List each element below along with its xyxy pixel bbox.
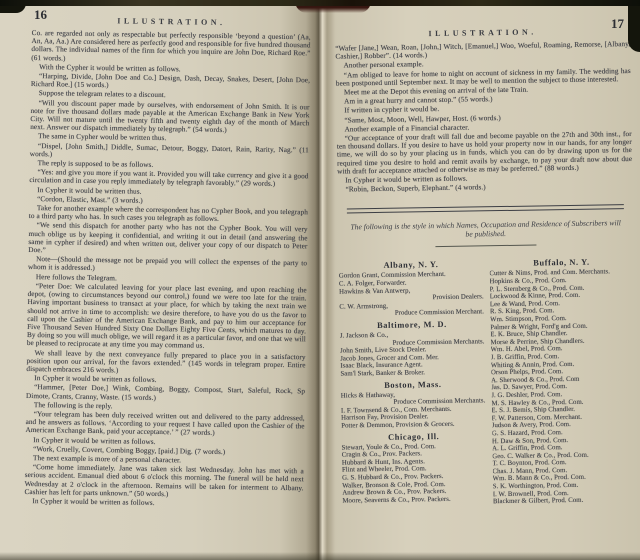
city-heading: Boston, Mass.: [341, 379, 486, 390]
running-head-right: ILLUSTRATION.: [335, 26, 630, 40]
left-page: 16 ILLUSTRATION. Co. are regarded not on…: [0, 0, 318, 560]
city-heading: Chicago, Ill.: [341, 431, 486, 442]
directory-left-column: Albany, N. Y.Gordon Grant, Commission Me…: [339, 257, 487, 509]
city-heading: Buffalo, N. Y.: [489, 257, 634, 268]
paragraph: “Will you discount paper made by ourselv…: [30, 99, 309, 136]
double-rule-divider: [347, 205, 624, 214]
paragraph: “Your telegram has been duly received wr…: [25, 410, 304, 439]
background-corner-top-right: [628, 0, 640, 52]
bottom-edge-shadow: [0, 552, 640, 560]
city-heading: Baltimore, M. D.: [340, 319, 485, 330]
directory-entry: Potter & Demmon, Provision & Grocers.: [341, 420, 486, 430]
book-photo: 16 ILLUSTRATION. Co. are regarded not on…: [0, 0, 640, 560]
right-page-body: “Wafer [Jane,] Wean, Roan, [John,] Witch…: [335, 40, 632, 194]
book-top-edge-shadow: [0, 0, 640, 6]
paragraph: “Come home immediately. Jane was taken s…: [24, 463, 303, 500]
left-page-body: Co. are regarded not only as respectable…: [24, 29, 310, 509]
directory-right-column: Buffalo, N. Y.Cutter & Nims, Prod. and C…: [489, 254, 637, 506]
paragraph: Co. are regarded not only as respectable…: [31, 29, 310, 66]
paragraph: We shall leave by the next conveyance fu…: [26, 348, 305, 377]
directory-entry: Moore, Seaverns & Co., Prov. Packers.: [342, 495, 487, 505]
style-note: The following is the style in which Name…: [350, 219, 622, 241]
short-rule-divider: [436, 245, 536, 248]
subscriber-directory: Albany, N. Y.Gordon Grant, Commission Me…: [339, 254, 638, 508]
directory-entry: Blackmer & Gilbert, Prod. Com.: [493, 496, 638, 506]
paragraph: “Peter Doe: We calculated leaving for yo…: [27, 282, 307, 352]
running-head-left: ILLUSTRATION.: [32, 15, 311, 28]
paragraph: “Our acceptance of your draft will fall …: [337, 130, 633, 176]
right-page: 17 ILLUSTRATION. “Wafer [Jane,] Wean, Ro…: [318, 0, 640, 560]
paragraph: “We send this dispatch for another party…: [28, 221, 307, 258]
directory-entry: Sam'l Stark, Banker & Broker.: [340, 368, 485, 378]
city-heading: Albany, N. Y.: [339, 260, 484, 271]
